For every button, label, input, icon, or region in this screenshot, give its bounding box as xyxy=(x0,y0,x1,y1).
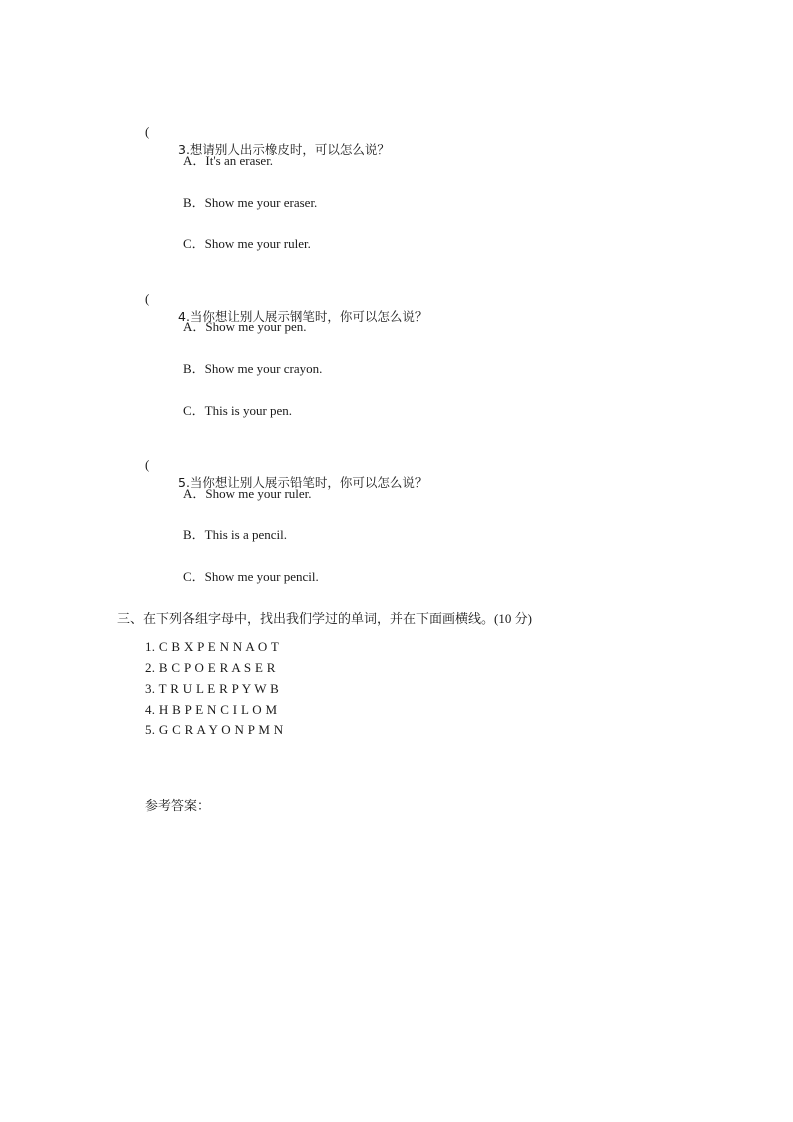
option-b: B．Show me your crayon. xyxy=(183,358,322,377)
question-5: ( 5.当你想让别人展示铅笔时，你可以怎么说？ xyxy=(145,441,152,489)
option-c: C．Show me your pencil. xyxy=(183,566,319,585)
letter-row-2: 2. B C P O E R A S E R xyxy=(145,660,276,676)
answer-blank[interactable]: ( xyxy=(145,457,149,473)
answer-key-label: 参考答案： xyxy=(145,795,210,814)
letter-row-5: 5. G C R A Y O N P M N xyxy=(145,722,283,738)
option-c: C．This is your pen. xyxy=(183,400,292,419)
option-a: A．Show me your ruler. xyxy=(183,483,312,502)
question-4: ( 4.当你想让别人展示钢笔时，你可以怎么说？ xyxy=(145,275,152,323)
question-3: ( 3.想请别人出示橡皮时，可以怎么说？ xyxy=(145,108,152,156)
option-a: A．It's an eraser. xyxy=(183,150,273,169)
letter-row-3: 3. T R U L E R P Y W B xyxy=(145,681,279,697)
option-b: B．This is a pencil. xyxy=(183,524,287,543)
answer-blank[interactable]: ( xyxy=(145,291,149,307)
section-3-points: (10 分) xyxy=(494,611,532,626)
option-a: A．Show me your pen. xyxy=(183,316,307,335)
letter-row-4: 4. H B P E N C I L O M xyxy=(145,702,277,718)
option-b: B．Show me your eraser. xyxy=(183,192,317,211)
section-3-instruction: 三、在下列各组字母中，找出我们学过的单词，并在下面画横线。 xyxy=(117,612,494,627)
answer-blank[interactable]: ( xyxy=(145,124,149,140)
section-3-heading: 三、在下列各组字母中，找出我们学过的单词，并在下面画横线。(10 分) xyxy=(117,608,532,627)
letter-row-1: 1. C B X P E N N A O T xyxy=(145,639,279,655)
option-c: C．Show me your ruler. xyxy=(183,233,311,252)
